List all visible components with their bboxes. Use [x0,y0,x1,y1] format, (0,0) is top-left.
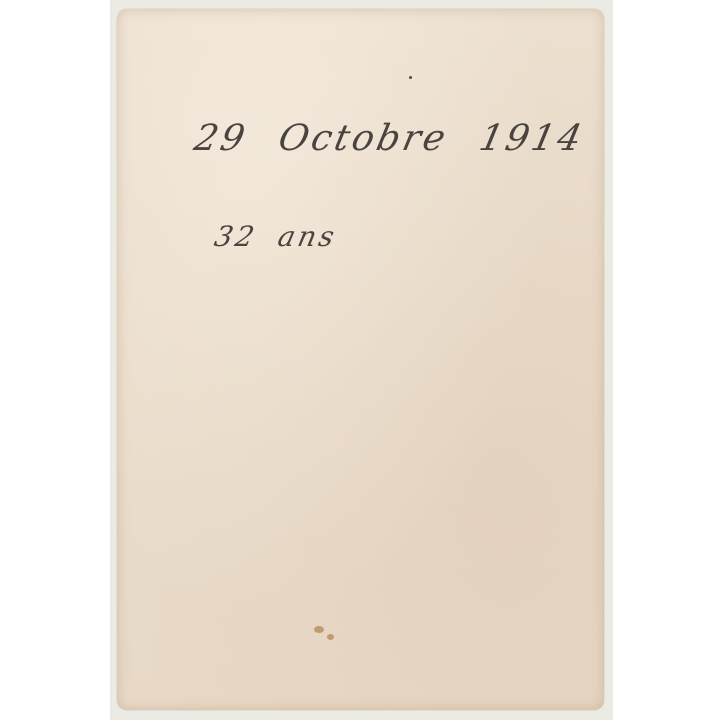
stain-mark [314,626,324,633]
handwritten-date: 29 Octobre 1914 [191,118,588,159]
photo-card-back [117,9,604,710]
ink-speck [409,76,412,79]
stain-mark [327,634,334,640]
handwritten-age: 32 ans [211,220,340,253]
